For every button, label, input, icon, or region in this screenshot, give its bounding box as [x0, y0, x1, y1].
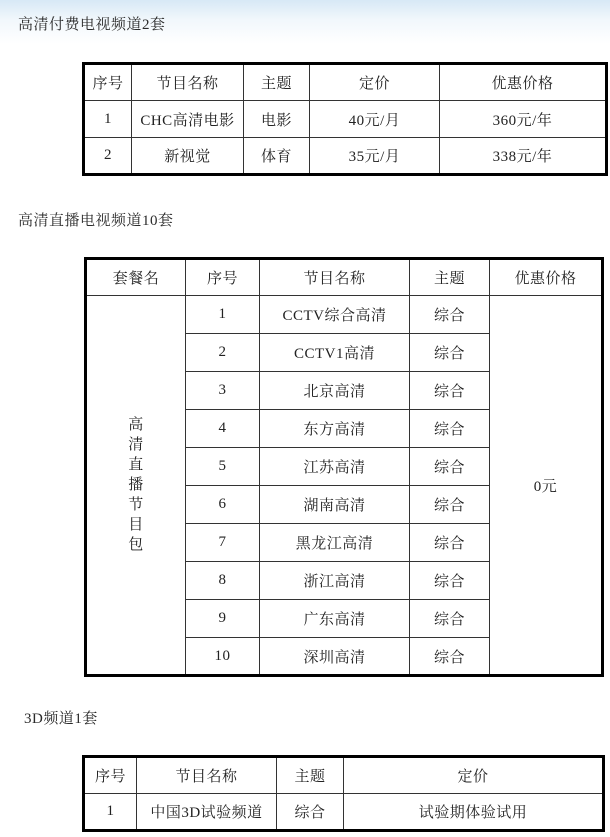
table-row: 1 CHC高清电影 电影 40元/月 360元/年: [84, 101, 607, 138]
cell-program-name: CCTV综合高清: [260, 296, 410, 334]
cell-program-name: 东方高清: [260, 410, 410, 448]
live-hd-channels-table: 套餐名 序号 节目名称 主题 优惠价格 高清直播节目包 1 CCTV综合高清 综…: [84, 257, 604, 677]
cell-theme: 综合: [410, 600, 490, 638]
cell-program-name: 深圳高清: [260, 638, 410, 676]
section-title-3d-channel: 3D频道1套: [24, 711, 98, 728]
cell-serial-number: 9: [186, 600, 260, 638]
cell-theme: 电影: [244, 101, 310, 138]
table-header-row: 序号 节目名称 主题 定价: [84, 757, 604, 794]
cell-theme: 综合: [410, 638, 490, 676]
cell-serial-number: 6: [186, 486, 260, 524]
header-serial-number: 序号: [84, 64, 132, 101]
header-program-name: 节目名称: [260, 259, 410, 296]
cell-serial-number: 5: [186, 448, 260, 486]
cell-theme: 综合: [410, 486, 490, 524]
cell-serial-number: 1: [186, 296, 260, 334]
header-discount-price: 优惠价格: [490, 259, 603, 296]
table-row: 2 新视觉 体育 35元/月 338元/年: [84, 138, 607, 175]
cell-theme: 体育: [244, 138, 310, 175]
cell-list-price: 35元/月: [310, 138, 440, 175]
header-serial-number: 序号: [84, 757, 137, 794]
header-serial-number: 序号: [186, 259, 260, 296]
cell-program-name: 中国3D试验频道: [137, 794, 277, 831]
cell-theme: 综合: [277, 794, 344, 831]
cell-list-price: 40元/月: [310, 101, 440, 138]
table-header-row: 套餐名 序号 节目名称 主题 优惠价格: [86, 259, 603, 296]
cell-discount-price: 338元/年: [440, 138, 607, 175]
cell-serial-number: 1: [84, 101, 132, 138]
package-name-vertical-text: 高清直播节目包: [128, 415, 145, 555]
cell-serial-number: 2: [186, 334, 260, 372]
cell-program-name: 湖南高清: [260, 486, 410, 524]
cell-serial-number: 7: [186, 524, 260, 562]
header-program-name: 节目名称: [137, 757, 277, 794]
cell-theme: 综合: [410, 448, 490, 486]
cell-serial-number: 2: [84, 138, 132, 175]
cell-theme: 综合: [410, 562, 490, 600]
cell-theme: 综合: [410, 334, 490, 372]
table-row: 高清直播节目包 1 CCTV综合高清 综合 0元: [86, 296, 603, 334]
cell-discount-price: 0元: [490, 296, 603, 676]
section-title-live-hd-channels: 高清直播电视频道10套: [18, 213, 174, 230]
cell-theme: 综合: [410, 524, 490, 562]
table-header-row: 序号 节目名称 主题 定价 优惠价格: [84, 64, 607, 101]
cell-program-name: 黑龙江高清: [260, 524, 410, 562]
header-program-name: 节目名称: [132, 64, 244, 101]
cell-program-name: CCTV1高清: [260, 334, 410, 372]
header-theme: 主题: [410, 259, 490, 296]
cell-theme: 综合: [410, 296, 490, 334]
cell-serial-number: 8: [186, 562, 260, 600]
cell-discount-price: 360元/年: [440, 101, 607, 138]
paid-hd-channels-table: 序号 节目名称 主题 定价 优惠价格 1 CHC高清电影 电影 40元/月 36…: [82, 62, 608, 176]
cell-program-name: 广东高清: [260, 600, 410, 638]
header-list-price: 定价: [344, 757, 604, 794]
table-row: 1 中国3D试验频道 综合 试验期体验试用: [84, 794, 604, 831]
header-package-name: 套餐名: [86, 259, 186, 296]
header-theme: 主题: [244, 64, 310, 101]
cell-program-name: CHC高清电影: [132, 101, 244, 138]
cell-theme: 综合: [410, 410, 490, 448]
cell-list-price: 试验期体验试用: [344, 794, 604, 831]
cell-program-name: 江苏高清: [260, 448, 410, 486]
header-theme: 主题: [277, 757, 344, 794]
document-page: 高清付费电视频道2套 序号 节目名称 主题 定价 优惠价格 1 CHC高清电影 …: [0, 0, 610, 837]
cell-program-name: 浙江高清: [260, 562, 410, 600]
cell-program-name: 新视觉: [132, 138, 244, 175]
cell-serial-number: 1: [84, 794, 137, 831]
cell-serial-number: 4: [186, 410, 260, 448]
cell-serial-number: 10: [186, 638, 260, 676]
cell-package-name: 高清直播节目包: [86, 296, 186, 676]
header-list-price: 定价: [310, 64, 440, 101]
cell-program-name: 北京高清: [260, 372, 410, 410]
cell-serial-number: 3: [186, 372, 260, 410]
3d-channel-table: 序号 节目名称 主题 定价 1 中国3D试验频道 综合 试验期体验试用: [82, 755, 605, 832]
section-title-paid-hd-channels: 高清付费电视频道2套: [18, 17, 166, 34]
header-discount-price: 优惠价格: [440, 64, 607, 101]
cell-theme: 综合: [410, 372, 490, 410]
